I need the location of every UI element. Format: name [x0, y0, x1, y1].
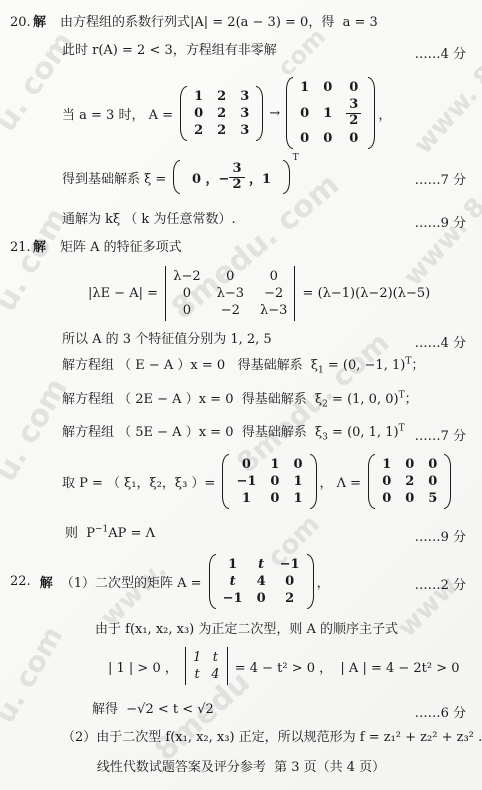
matrix-cell: 0	[428, 474, 437, 489]
det-cell: λ−3	[260, 303, 287, 318]
matrix-cell: 0	[382, 491, 391, 506]
problem-20-solve-label: 解	[33, 15, 46, 32]
comma: ，	[378, 104, 391, 123]
det-cell: 0	[183, 303, 191, 318]
problem-20-line-2: 此时 r(A) = 2 < 3，方程组有非零解	[62, 43, 277, 60]
score-marker-7pts: ……7 分	[415, 425, 466, 444]
characteristic-determinant: λ−200 0λ−3−2 0−2λ−3	[165, 266, 295, 321]
paren-right	[368, 77, 375, 149]
matrix-lambda: 100 020 005	[368, 454, 451, 509]
matrix-cell: 2	[217, 123, 226, 138]
det-cell: 0	[270, 269, 278, 284]
matrix-cell: 0	[270, 491, 279, 506]
matrix-cell: 0	[382, 474, 391, 489]
problem-21-system-1: 解方程组 （ E − A ）x = 0 得基础解系 ξ1 = (0, −1, 1…	[62, 358, 424, 375]
page-footer: 线性代数试题答案及评分参考 第 3 页（共 4 页）	[0, 760, 482, 777]
problem-21-system-3: 解方程组 （ 5E − A ）x = 0 得基础解系 ξ3 = (0, 1, 1…	[62, 425, 405, 442]
problem-21-determinant-line: |λE − A| = λ−200 0λ−3−2 0−2λ−3 = (λ−1)(λ…	[88, 264, 430, 322]
matrix-cell: t	[230, 574, 236, 589]
paren-left	[180, 86, 187, 141]
determinant-rhs: = (λ−1)(λ−2)(λ−5)	[298, 286, 430, 301]
paren-left	[286, 77, 293, 149]
matrix-a: 123 023 223	[180, 86, 263, 141]
vector-entry: ，1	[245, 168, 276, 187]
score-marker-7pts: ……7 分	[415, 169, 466, 188]
matrix-cell: 1	[323, 106, 332, 121]
score-marker-9pts-inline: ……9 分	[478, 730, 482, 745]
matrix-cell: 0	[257, 591, 266, 606]
matrix-cell: 1	[194, 89, 203, 104]
det-cell: t	[213, 650, 218, 665]
matrix-cell: 0	[323, 131, 332, 146]
determinant-lhs: |λE − A| =	[88, 286, 162, 301]
comma: ，	[317, 572, 330, 591]
paren-right	[307, 554, 314, 609]
matrix-intro-text: 当 a = 3 时， A =	[62, 104, 177, 123]
matrix-cell: 1	[293, 474, 302, 489]
paren-right	[310, 454, 317, 509]
minor-2-determinant: 1t t4	[185, 647, 228, 685]
matrix-cell: 1	[382, 457, 391, 472]
matrix-cell: 0	[270, 474, 279, 489]
det-cell: 0	[183, 286, 191, 301]
matrix-cell: −1	[236, 474, 256, 489]
fraction-three-halves: 32	[346, 98, 361, 128]
problem-20-line-1: 由方程组的系数行列式|A| = 2(a − 3) = 0，得 a = 3	[60, 15, 378, 32]
row-reduce-arrow-icon: →	[266, 106, 283, 121]
matrix-cell: 1	[228, 557, 237, 572]
det-cell: 1	[193, 650, 201, 665]
det-cell: λ−3	[217, 286, 244, 301]
score-marker-6pts: ……6 分	[415, 702, 466, 721]
det-cell: λ−2	[173, 269, 200, 284]
score-marker-2pts: ……2 分	[415, 574, 466, 593]
problem-21-solve-label: 解	[33, 240, 46, 257]
matrix-cell: 0	[285, 574, 294, 589]
matrix-cell: 0	[405, 491, 414, 506]
problem-21-number: 21.	[10, 240, 31, 257]
matrix-cell: t	[258, 557, 264, 572]
score-marker-4pts: ……4 分	[415, 332, 466, 351]
matrix-cell: 4	[257, 574, 266, 589]
problem-22-solve-t-range: 解得 −√2 < t < √2	[92, 702, 214, 719]
problem-20-general-solution: 通解为 kξ （ k 为任意常数）.	[62, 212, 236, 229]
problem-21-eigenvalues: 所以 A 的 3 个特征值分别为 1, 2, 5	[62, 332, 272, 349]
matrix-cell: 0	[349, 131, 358, 146]
score-marker-9pts: ……9 分	[415, 526, 466, 545]
matrix-cell: −1	[280, 557, 300, 572]
det-bar-right	[294, 266, 295, 321]
matrix-cell: 3	[240, 106, 249, 121]
matrix-cell: 0	[300, 106, 309, 121]
problem-22-positive-definite-line: 由于 f(x₁, x₂, x₃) 为正定二次型，则 A 的顺序主子式	[95, 622, 398, 639]
watermark: www. 8	[408, 60, 482, 160]
fraction-three-halves: 32	[229, 162, 244, 192]
matrix-cell: 1	[293, 491, 302, 506]
problem-21-system-2: 解方程组 （ 2E − A ）x = 0 得基础解系 ξ2 = (1, 0, 0…	[62, 392, 418, 409]
matrix-p: 010 −101 101	[222, 454, 316, 509]
paren-right	[283, 160, 290, 194]
paren-right	[444, 454, 451, 509]
matrix-cell: 0	[194, 106, 203, 121]
problem-22-solve-label: 解	[40, 572, 53, 591]
problem-22-part-2: （2）由于二次型 f(x₁, x₂, x₃) 正定，所以规范形为 f = z₁²…	[62, 730, 482, 747]
matrix-cell: 2	[285, 591, 294, 606]
matrix-cell: −1	[223, 591, 243, 606]
problem-22-matrix-line: 22. 解 （1）二次型的矩阵 A = 1t−1 t40 −102 ，	[10, 552, 330, 610]
matrix-cell: 0	[405, 457, 414, 472]
det-bar-right	[227, 647, 228, 685]
problem-21-p-lambda-line: 取 P = （ ξ₁，ξ₂，ξ₃ ）= 010 −101 101 ， Λ = 1…	[62, 452, 454, 510]
det-cell: t	[195, 667, 200, 682]
matrix-cell: 2	[194, 123, 203, 138]
matrix-cell: 3	[240, 123, 249, 138]
basis-intro-text: 得到基础解系 ξ =	[62, 168, 170, 187]
basis-vector: 0 ，− 32 ，1	[173, 160, 289, 194]
problem-20-basis-line: 得到基础解系 ξ = 0 ，− 32 ，1 T	[62, 158, 299, 196]
matrix-rref: 100 01 32 000	[286, 77, 375, 149]
problem-20-number: 20.	[10, 15, 31, 32]
matrix-cell: 2	[217, 106, 226, 121]
vector-entry: 0 ，−	[187, 168, 229, 187]
watermark: u. com	[0, 621, 69, 729]
problem-20-matrix-line: 当 a = 3 时， A = 123 023 223 → 100 01 32 0…	[62, 80, 391, 146]
det-cell: −2	[264, 286, 283, 301]
lambda-matrix-intro: ， Λ =	[320, 472, 366, 491]
paren-left	[173, 160, 180, 194]
problem-22-minors-line: | 1 | > 0 ， 1t t4 = 4 − t² > 0 ， | A | =…	[108, 646, 460, 686]
problem-21-conclusion: 则 P−1AP = Λ	[65, 526, 155, 543]
matrix-cell: 1	[242, 491, 251, 506]
exam-answer-page: u. com com www. 8 u. com 8medu. com www.…	[0, 0, 482, 790]
matrix-cell: 1	[270, 457, 279, 472]
score-marker-9pts: ……9 分	[415, 212, 466, 231]
det-cell: −2	[221, 303, 240, 318]
problem-21-intro: 矩阵 A 的特征多项式	[60, 240, 182, 257]
matrix-cell: 0	[300, 131, 309, 146]
matrix-cell: 0	[323, 80, 332, 95]
matrix-cell: 5	[428, 491, 437, 506]
det-cell: 0	[226, 269, 234, 284]
p-matrix-intro: 取 P = （ ξ₁，ξ₂，ξ₃ ）=	[62, 472, 219, 491]
paren-right	[256, 86, 263, 141]
quadratic-matrix-intro: （1）二次型的矩阵 A =	[61, 572, 206, 591]
matrix-cell: 1	[300, 80, 309, 95]
matrix-cell: 3	[240, 89, 249, 104]
matrix-cell: 2	[405, 474, 414, 489]
matrix-cell: 0	[349, 80, 358, 95]
paren-left	[368, 454, 375, 509]
paren-left	[209, 554, 216, 609]
matrix-cell: 0	[242, 457, 251, 472]
matrix-cell: 0	[428, 457, 437, 472]
matrix-cell: 2	[217, 89, 226, 104]
matrix-cell: 0	[293, 457, 302, 472]
problem-22-number: 22.	[10, 574, 31, 589]
matrix-quadratic-form: 1t−1 t40 −102	[209, 554, 314, 609]
minor-3: = 4 − t² > 0 ， | A | = 4 − 2t² > 0	[231, 657, 460, 676]
det-cell: 4	[211, 667, 219, 682]
minor-1: | 1 | > 0 ，	[108, 657, 182, 676]
score-marker-4pts: ……4 分	[415, 43, 466, 62]
paren-left	[222, 454, 229, 509]
